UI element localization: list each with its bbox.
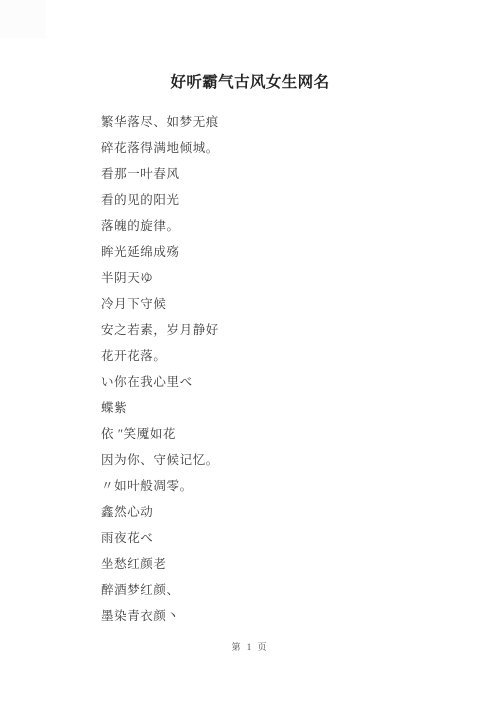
name-line: 落魄的旋律。 — [101, 213, 460, 239]
name-line: 醉酒梦红颜、 — [101, 577, 460, 603]
name-line: 依 ″笑魇如花 — [101, 421, 460, 447]
name-line: 鑫然心动 — [101, 499, 460, 525]
name-line: 眸光延绵成殇 — [101, 239, 460, 265]
name-line: 繁华落尽、如梦无痕 — [101, 109, 460, 135]
name-line: 因为你、守候记忆。 — [101, 447, 460, 473]
corner-artifact — [0, 0, 46, 38]
name-line: 坐愁红颜老 — [101, 551, 460, 577]
name-line: い你在我心里べ — [101, 369, 460, 395]
name-line: 墨染青衣颜丶 — [101, 603, 460, 629]
name-line: 雨夜花べ — [101, 525, 460, 551]
name-line: 看的见的阳光 — [101, 187, 460, 213]
name-line: 看那一叶春风 — [101, 161, 460, 187]
name-line: 半阴天ゆ — [101, 265, 460, 291]
name-line: 〃如叶般凋零。 — [101, 473, 460, 499]
name-line: 安之若素，岁月静好 — [101, 317, 460, 343]
name-line: 冷月下守候 — [101, 291, 460, 317]
name-list: 繁华落尽、如梦无痕碎花落得满地倾城。看那一叶春风看的见的阳光落魄的旋律。眸光延绵… — [101, 109, 460, 629]
page-title: 好听霸气古风女生网名 — [0, 70, 500, 92]
name-line: 蝶紫 — [101, 395, 460, 421]
name-line: 花开花落。 — [101, 343, 460, 369]
page-number: 第 1 页 — [0, 640, 500, 653]
document-page: 好听霸气古风女生网名 繁华落尽、如梦无痕碎花落得满地倾城。看那一叶春风看的见的阳… — [0, 0, 500, 708]
name-line: 碎花落得满地倾城。 — [101, 135, 460, 161]
